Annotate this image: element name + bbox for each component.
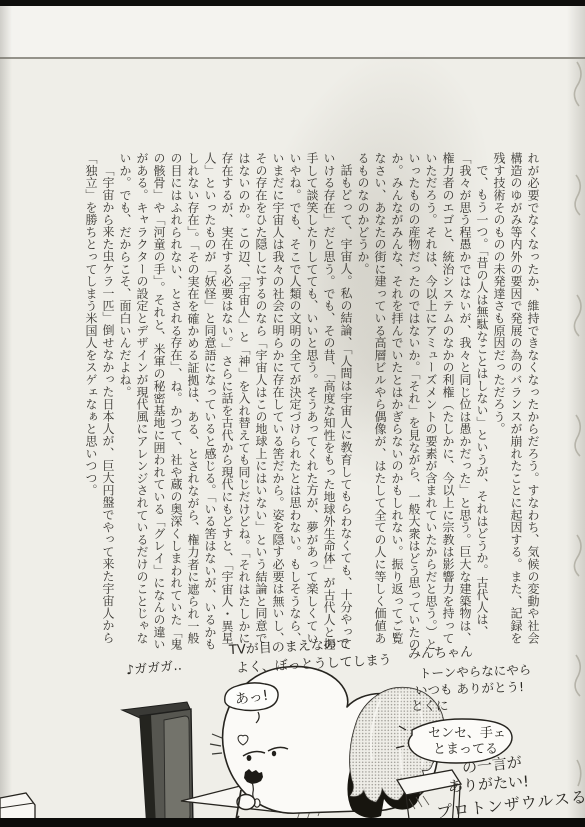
tv-back (122, 702, 193, 827)
article-paragraph: で、もう一つ。「昔の人は無駄なことはしない」というが、それはどうか。古代人は、「… (354, 152, 490, 654)
speed-lines (210, 734, 222, 754)
thanks-note: とくに (411, 699, 449, 713)
article-paragraph: 「宇宙から来た虫ケラ一匹」倒せなかった日本人が、巨大円盤でやって来た宇宙人から「… (82, 152, 116, 654)
thanks-note: みんちゃん (408, 646, 473, 663)
bottom-scan-edge (0, 818, 585, 827)
article-paragraph: れが必要でなくなったか、維持できなくなったからだろう。すなわち、気候の変動や社会… (490, 152, 541, 654)
top-scan-edge (0, 0, 585, 6)
assistant-bubble-text: センセ、手ェ (428, 727, 506, 741)
page-top-margin (0, 6, 585, 58)
header-rule (0, 57, 585, 59)
scanned-page: れが必要でなくなったか、維持できなくなったからだろう。すなわち、気候の変動や社会… (0, 0, 585, 827)
article-paragraph: 話もどって、宇宙人。私の結論、「人間は宇宙人に教育してもらわなくても、十分やって… (116, 152, 354, 654)
article-text: れが必要でなくなったか、維持できなくなったからだろう。すなわち、気候の変動や社会… (57, 152, 541, 654)
assistant-bubble-text: とまってる (433, 743, 498, 757)
right-edge-artifacts (565, 0, 585, 827)
